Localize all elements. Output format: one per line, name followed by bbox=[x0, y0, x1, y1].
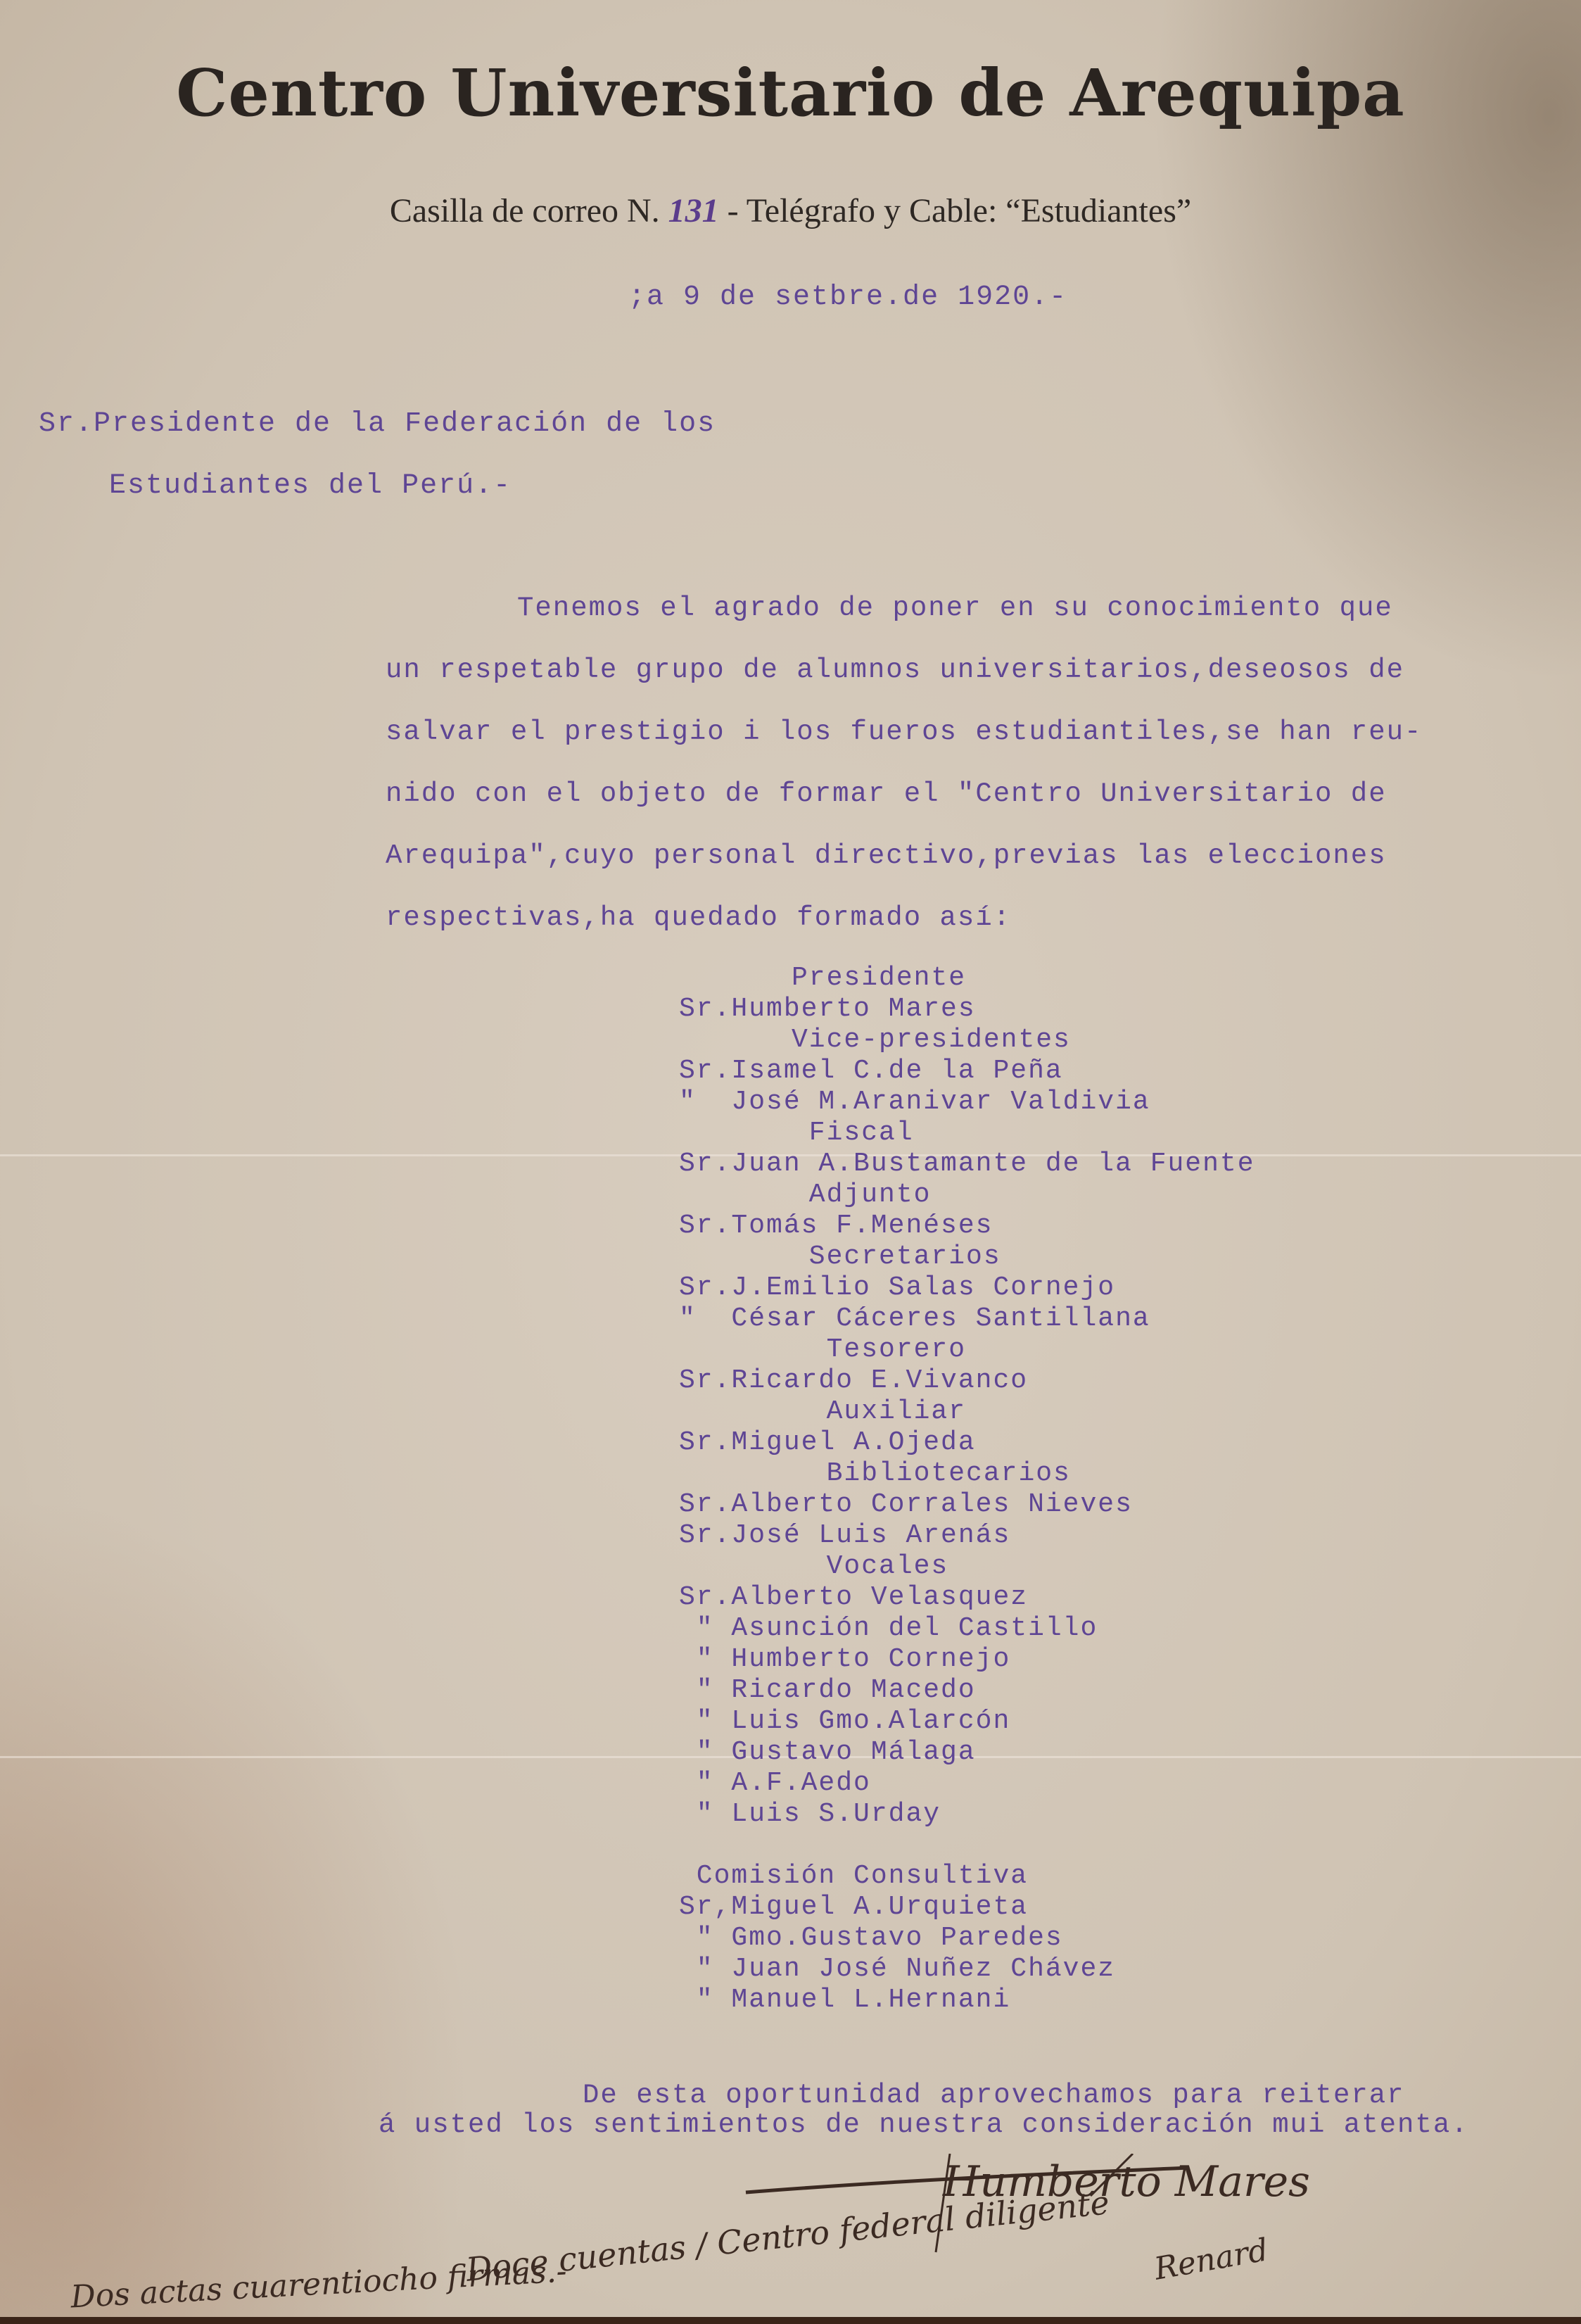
body-line: salvar el prestigio i los fueros estudia… bbox=[386, 716, 1422, 747]
roster-name: " Manuel L.Hernani bbox=[679, 1985, 1255, 2016]
roster-role: Auxiliar bbox=[679, 1396, 1255, 1427]
page-edge bbox=[0, 2317, 1581, 2324]
roster-role: Vocales bbox=[679, 1551, 1255, 1582]
roster-name: Sr.Humberto Mares bbox=[679, 994, 1255, 1025]
letter-page: Centro Universitario de Arequipa Casilla… bbox=[0, 0, 1581, 2324]
roster-name: Sr.Miguel A.Ojeda bbox=[679, 1427, 1255, 1458]
roster-role: Fiscal bbox=[679, 1118, 1255, 1149]
roster-role: Vice-presidentes bbox=[679, 1025, 1255, 1056]
contact-prefix: Casilla de correo N. bbox=[390, 192, 660, 229]
closing-line-1: De esta oportunidad aprovechamos para re… bbox=[583, 2080, 1405, 2111]
roster-name: Sr.Isamel C.de la Peña bbox=[679, 1056, 1255, 1087]
roster-role: Tesorero bbox=[679, 1334, 1255, 1365]
body-line: un respetable grupo de alumnos universit… bbox=[386, 655, 1404, 686]
roster-section-heading: Comisión Consultiva bbox=[679, 1861, 1255, 1892]
roster-name: " Juan José Nuñez Chávez bbox=[679, 1954, 1255, 1985]
annotation-left: Dos actas cuarentiocho firmas.- bbox=[70, 2254, 567, 2316]
contact-suffix: - Telégrafo y Cable: “Estudiantes” bbox=[728, 192, 1192, 229]
roster-name: " César Cáceres Santillana bbox=[679, 1303, 1255, 1334]
roster-role: Adjunto bbox=[679, 1180, 1255, 1211]
date-line: ;a 9 de setbre.de 1920.- bbox=[628, 282, 1067, 313]
roster-role: Bibliotecarios bbox=[679, 1458, 1255, 1489]
roster-role: Secretarios bbox=[679, 1242, 1255, 1272]
letterhead-contact: Casilla de correo N. 131 - Telégrafo y C… bbox=[0, 191, 1581, 230]
roster-name: Sr,Miguel A.Urquieta bbox=[679, 1892, 1255, 1923]
roster-name: " José M.Aranivar Valdivia bbox=[679, 1087, 1255, 1118]
roster-name: " Luis Gmo.Alarcón bbox=[679, 1706, 1255, 1737]
closing-line-2: á usted los sentimientos de nuestra cons… bbox=[379, 2109, 1469, 2140]
roster-name: " Gustavo Málaga bbox=[679, 1737, 1255, 1768]
roster-name: Sr.Ricardo E.Vivanco bbox=[679, 1365, 1255, 1396]
roster-name: Sr.Alberto Velasquez bbox=[679, 1582, 1255, 1613]
addressee-line-2: Estudiantes del Perú.- bbox=[109, 470, 512, 502]
roster-name: " Asunción del Castillo bbox=[679, 1613, 1255, 1644]
roster-name: " Ricardo Macedo bbox=[679, 1675, 1255, 1706]
roster-role: Presidente bbox=[679, 963, 1255, 994]
roster-name: Sr.J.Emilio Salas Cornejo bbox=[679, 1272, 1255, 1303]
roster-name: Sr.José Luis Arenás bbox=[679, 1520, 1255, 1551]
roster-name: " A.F.Aedo bbox=[679, 1768, 1255, 1799]
letterhead-title: Centro Universitario de Arequipa bbox=[0, 55, 1581, 131]
roster-name: " Humberto Cornejo bbox=[679, 1644, 1255, 1675]
handwritten-box-number: 131 bbox=[668, 192, 719, 229]
addressee-line-1: Sr.Presidente de la Federación de los bbox=[39, 408, 716, 440]
roster-name: " Luis S.Urday bbox=[679, 1799, 1255, 1830]
roster-name: Sr.Alberto Corrales Nieves bbox=[679, 1489, 1255, 1520]
roster-name: " Gmo.Gustavo Paredes bbox=[679, 1923, 1255, 1954]
body-line: nido con el objeto de formar el "Centro … bbox=[386, 778, 1387, 809]
body-line: Arequipa",cuyo personal directivo,previa… bbox=[386, 840, 1387, 871]
roster-spacer bbox=[679, 1830, 1255, 1861]
body-line: Tenemos el agrado de poner en su conocim… bbox=[517, 593, 1393, 624]
roster-name: Sr.Tomás F.Menéses bbox=[679, 1211, 1255, 1242]
body-line: respectivas,ha quedado formado así: bbox=[386, 902, 1011, 933]
roster-name: Sr.Juan A.Bustamante de la Fuente bbox=[679, 1149, 1255, 1180]
officer-roster: Presidente Sr.Humberto Mares Vice-presid… bbox=[679, 963, 1255, 2016]
